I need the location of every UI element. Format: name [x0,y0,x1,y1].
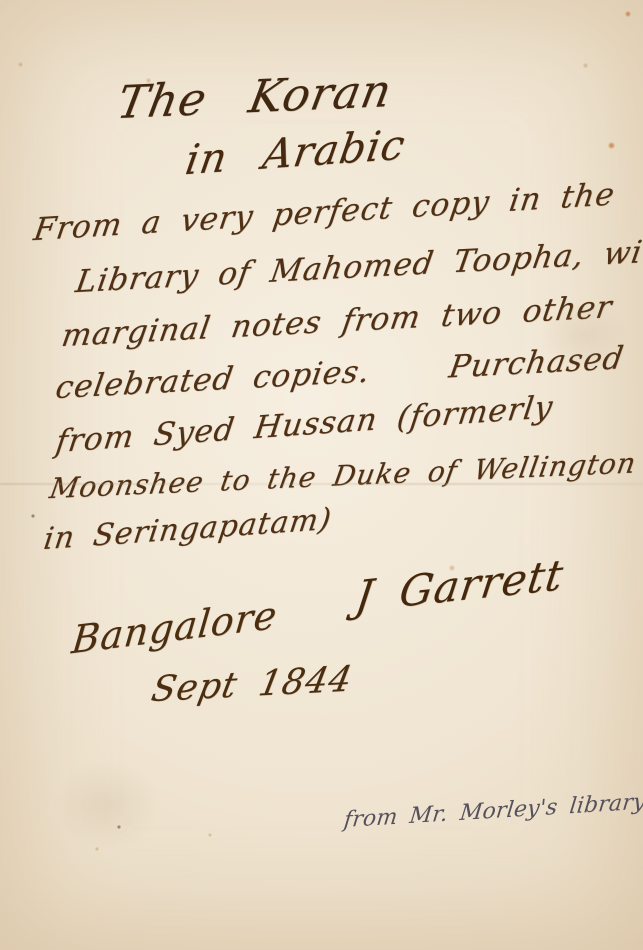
foxing-spot [18,62,23,67]
foxing-spot [208,833,212,837]
foxing-spot [625,11,631,17]
foxing-spot [146,78,151,83]
body-line-6: Moonshee to the Duke of Wellington [47,446,639,505]
paper-crease [0,483,643,485]
place-line: Bangalore [70,592,280,662]
manuscript-page: The Koran in Arabic From a very perfect … [0,0,643,950]
body-line-2: Library of Mahomed Toopha, with [73,232,643,300]
foxing-spot [449,565,455,571]
paper-smudge [540,300,630,370]
foxing-spot [583,63,588,68]
body-line-7: in Seringapatam) [42,502,335,558]
title-line-1: The Koran [113,64,396,129]
date-line: Sept 1844 [148,659,356,710]
foxing-spot [31,514,35,518]
provenance-note: from Mr. Morley's library. [343,789,643,833]
body-line-1: From a very perfect copy in the [31,176,617,248]
title-line-2: in Arabic [182,120,409,184]
signature: J Garrett [352,550,566,622]
foxing-spot [608,142,615,149]
paper-smudge [52,760,162,850]
